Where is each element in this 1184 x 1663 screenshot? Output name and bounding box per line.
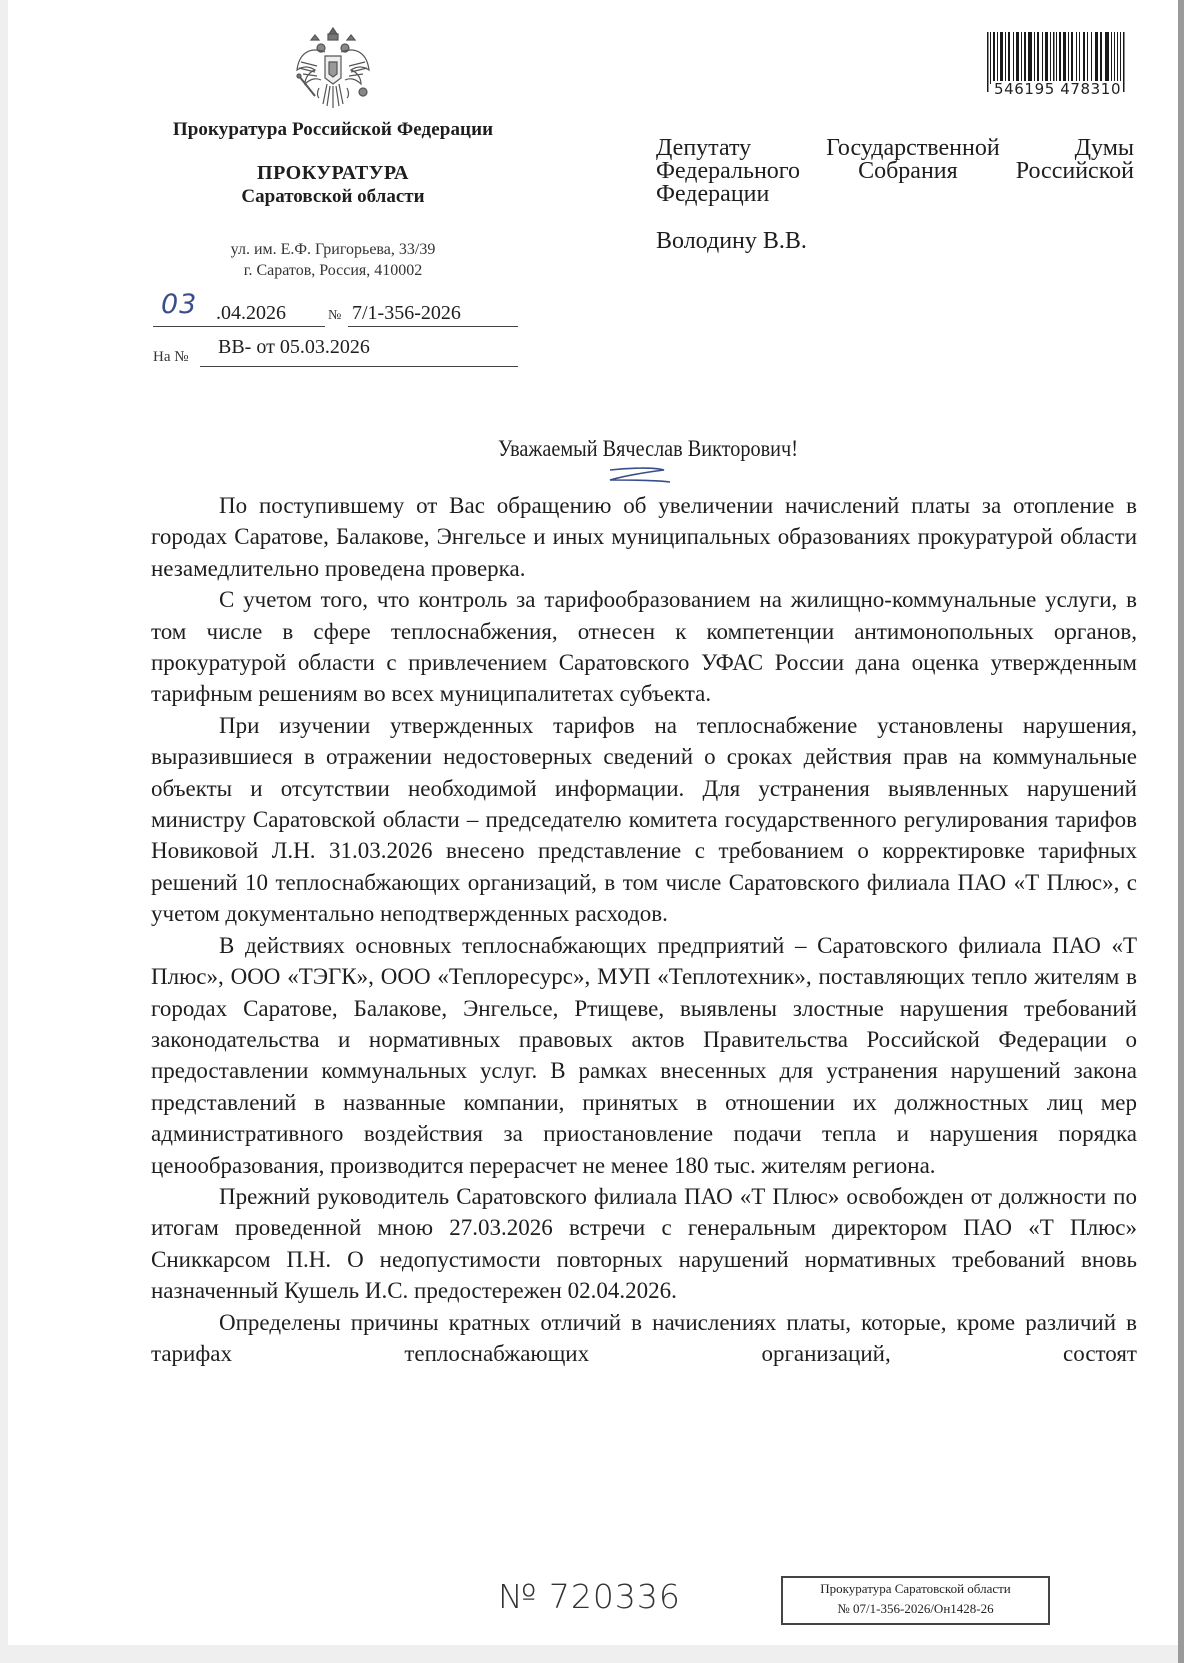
body-paragraph: По поступившему от Вас обращению об увел… xyxy=(151,490,1137,584)
number-underline xyxy=(348,326,518,327)
registration-stamp: Прокуратура Саратовской области № 07/1-3… xyxy=(781,1576,1050,1625)
addressee-name: Володину В.В. xyxy=(656,228,807,255)
org-region: Саратовской области xyxy=(138,186,528,208)
addressee-block: Депутату Государственной Думы Федерально… xyxy=(656,137,1134,206)
barcode-digits: 546195 478310 xyxy=(993,81,1122,97)
form-number: № 720336 xyxy=(498,1577,681,1616)
number-sign: № xyxy=(328,308,341,324)
document-page: Прокуратура Российской Федерации ПРОКУРА… xyxy=(8,0,1178,1645)
stamp-line-1: Прокуратура Саратовской области xyxy=(783,1579,1048,1599)
org-title: ПРОКУРАТУРА xyxy=(138,162,528,185)
reference-value: ВВ- от 05.03.2026 xyxy=(218,336,370,359)
address-line-1: ул. им. Е.Ф. Григорьева, 33/39 xyxy=(138,241,528,259)
page-edge xyxy=(1178,0,1184,1663)
date-underline xyxy=(153,326,325,327)
outgoing-number: 7/1-356-2026 xyxy=(352,302,461,325)
body-paragraph: Прежний руководитель Саратовского филиал… xyxy=(151,1181,1137,1307)
body-paragraph: В действиях основных теплоснабжающих пре… xyxy=(151,930,1137,1181)
date-handwritten-day: 03 xyxy=(161,289,197,320)
addressee-line-1: Депутату Государственной Думы xyxy=(656,137,1134,160)
date-month-year: .04.2026 xyxy=(216,302,286,325)
addressee-line-3: Федерации xyxy=(656,183,1134,206)
address-line-2: г. Саратов, Россия, 410002 xyxy=(138,262,528,280)
salutation: Уважаемый Вячеслав Викторович! xyxy=(208,436,1088,462)
letter-body: По поступившему от Вас обращению об увел… xyxy=(151,490,1137,1369)
reference-label: На № xyxy=(153,349,189,366)
reference-underline xyxy=(200,366,518,367)
body-paragraph: С учетом того, что контроль за тарифообр… xyxy=(151,584,1137,710)
addressee-line-2: Федерального Собрания Российской xyxy=(656,160,1134,183)
stamp-line-2: № 07/1-356-2026/Он1428-26 xyxy=(783,1599,1048,1619)
body-paragraph: При изучении утвержденных тарифов на теп… xyxy=(151,710,1137,930)
org-federal-name: Прокуратура Российской Федерации xyxy=(138,119,528,141)
russian-coat-of-arms-icon xyxy=(291,26,375,112)
handwritten-mark-icon xyxy=(608,466,678,486)
body-paragraph: Определены причины кратных отличий в нач… xyxy=(151,1307,1137,1370)
